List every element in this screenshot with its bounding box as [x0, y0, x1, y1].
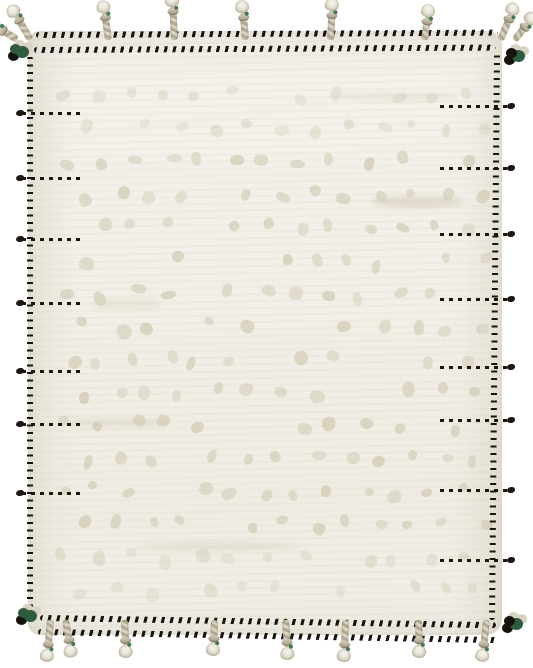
tassel-rope: [239, 13, 248, 41]
tassel-rope: [101, 13, 112, 41]
rug-pile-dot: [442, 453, 453, 463]
accent-dash-left: [22, 177, 84, 180]
tassel: [206, 620, 221, 656]
tassel-green-fleck: [485, 647, 489, 651]
rug-pile-dot: [365, 555, 378, 568]
rug-pile-dot: [229, 155, 244, 166]
tassel-frayed-tip: [280, 646, 295, 660]
accent-dash-knot: [507, 231, 515, 237]
rug-pile-dot: [254, 155, 269, 166]
tassel-rope: [511, 21, 529, 42]
accent-dash-knot: [507, 417, 515, 423]
rug-pile-dot: [79, 257, 94, 271]
rug-pile-dot: [467, 454, 476, 468]
tassel-green-fleck: [333, 10, 337, 14]
accent-dash-knot: [16, 236, 24, 242]
corner-pom: [10, 44, 21, 54]
accent-dash-left: [22, 423, 84, 426]
tassel: [475, 619, 493, 662]
accent-dash-right: [440, 233, 508, 236]
accent-dash-knot: [507, 165, 515, 171]
tassel-frayed-tip: [62, 643, 78, 658]
rug-pile-dot: [158, 90, 169, 100]
rug-pile-dot: [451, 425, 460, 437]
tassel-frayed-tip: [118, 645, 133, 659]
corner-pom: [506, 48, 517, 58]
tassel: [278, 620, 295, 661]
accent-dash-knot: [507, 296, 515, 302]
accent-dash-right: [440, 419, 508, 422]
rug-pile-dot: [335, 585, 345, 598]
rug-pile-dot: [298, 423, 312, 435]
tassel-rope: [169, 7, 178, 40]
accent-dash-right: [440, 105, 508, 108]
accent-dash-knot: [507, 103, 515, 109]
rug-pile-dot: [191, 152, 202, 167]
accent-dash-right: [440, 298, 508, 301]
tassel-green-fleck: [511, 15, 516, 20]
tassel-frayed-tip: [412, 645, 426, 658]
tassel: [165, 0, 181, 40]
tassel: [39, 619, 57, 662]
tassel-rope: [327, 11, 336, 40]
accent-dash-left: [22, 370, 84, 373]
accent-dash-left: [22, 302, 84, 305]
tassel-green-fleck: [215, 641, 219, 645]
rug-pile-dot: [78, 391, 88, 403]
accent-dash-left: [22, 112, 84, 115]
tassel: [117, 620, 133, 659]
rug-pile-dot: [376, 191, 388, 202]
accent-dash-knot: [507, 364, 515, 370]
tassel: [323, 0, 339, 40]
rug-pile-dot: [320, 485, 331, 497]
tassel-rope: [340, 620, 348, 649]
tassel-rope: [479, 620, 489, 650]
accent-dash-knot: [16, 175, 24, 181]
accent-dash-knot: [507, 557, 515, 563]
tassel-green-fleck: [346, 647, 350, 651]
accent-dash-knot: [16, 110, 24, 116]
tassel-rope: [282, 620, 291, 647]
tassel-green-fleck: [127, 643, 131, 647]
tassel: [411, 620, 426, 658]
accent-dash-right: [440, 366, 508, 369]
accent-dash-knot: [16, 421, 24, 427]
accent-dash-right: [440, 559, 508, 562]
tassel-green-fleck: [429, 17, 434, 22]
rug-pile-dot: [289, 159, 304, 168]
accent-dash-left: [22, 492, 84, 495]
tassel-green-fleck: [49, 647, 53, 651]
tassel-rope: [415, 620, 423, 645]
accent-dash-left: [22, 238, 84, 241]
corner-pom: [504, 616, 515, 626]
tassel-frayed-tip: [420, 3, 436, 18]
accent-dash-right: [440, 167, 508, 170]
tassel-rope: [44, 620, 54, 649]
rug-pile-dot: [128, 155, 143, 164]
rug-pile-dot: [414, 319, 425, 334]
corner-pom: [18, 608, 29, 618]
rug-pile-dot: [172, 390, 181, 402]
accent-dash-knot: [507, 487, 515, 493]
tassel-frayed-tip: [325, 0, 340, 11]
border-stitch-left: [27, 56, 33, 614]
accent-dash-knot: [16, 368, 24, 374]
tassel: [235, 0, 252, 41]
accent-dash-knot: [16, 490, 24, 496]
tassel-green-fleck: [421, 643, 425, 647]
accent-dash-right: [440, 489, 508, 492]
tassel-rope: [121, 620, 129, 645]
rug-pile-dot: [125, 547, 137, 557]
accent-dash-knot: [16, 300, 24, 306]
rug-product-photo: [0, 0, 533, 668]
tassel: [337, 620, 352, 662]
rug-weave-band: [140, 542, 300, 551]
tassel-rope: [210, 620, 218, 643]
